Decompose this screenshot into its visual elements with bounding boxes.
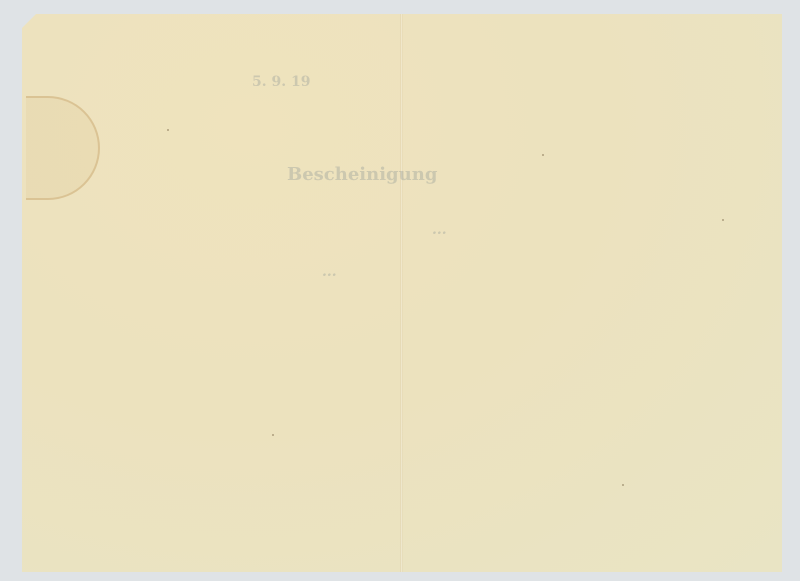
show-through-line: ... <box>322 264 337 280</box>
show-through-heading: Bescheinigung <box>287 164 437 185</box>
show-through-date: 5. 9. 19 <box>252 74 310 90</box>
speck <box>722 219 724 221</box>
circular-stain <box>26 96 100 200</box>
speck <box>167 129 169 131</box>
speck <box>542 154 544 156</box>
show-through-line: ... <box>432 222 447 238</box>
speck <box>622 484 624 486</box>
paper-sheet: 5. 9. 19 Bescheinigung ... ... <box>22 14 782 572</box>
center-fold <box>400 14 403 572</box>
speck <box>272 434 274 436</box>
